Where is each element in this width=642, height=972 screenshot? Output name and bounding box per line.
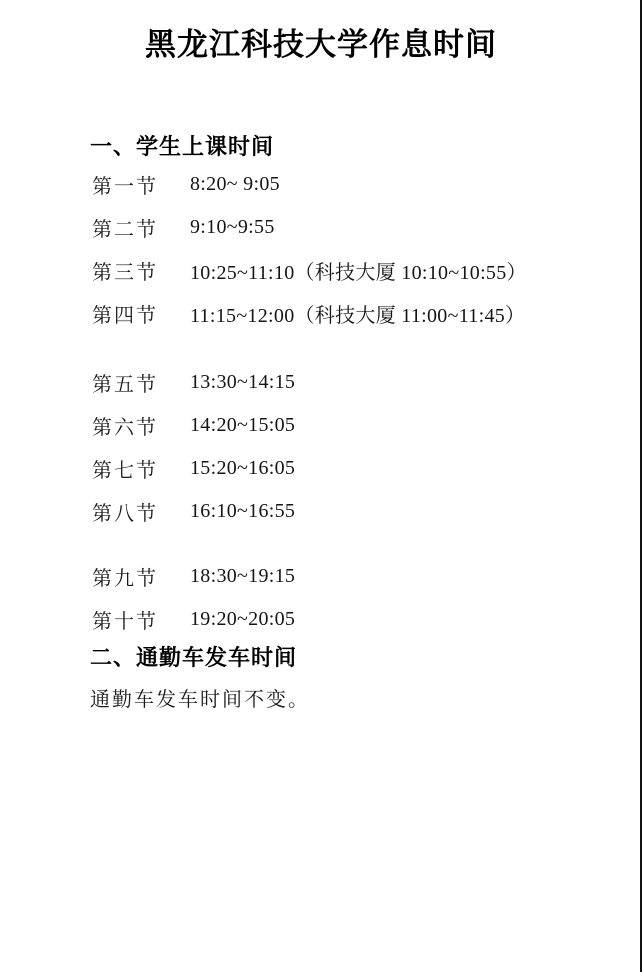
period-time: 9:10~9:55: [190, 216, 275, 239]
period-label: 第九节: [92, 562, 190, 591]
period-time: 14:20~15:05: [190, 414, 295, 437]
schedule-row-period-4: 第四节 11:15~12:00（科技大厦 11:00~11:45）: [92, 292, 602, 335]
section-heading-commuter-bus: 二、通勤车发车时间: [90, 644, 602, 672]
schedule-row-period-6: 第六节 14:20~15:05: [92, 404, 602, 447]
commuter-bus-note: 通勤车发车时间不变。: [90, 685, 602, 715]
period-label: 第六节: [92, 411, 190, 440]
period-time: 10:25~11:10（科技大厦 10:10~10:55）: [190, 256, 527, 285]
schedule-row-period-8: 第八节 16:10~16:55: [92, 490, 602, 533]
document-page: 黑龙江科技大学作息时间 一、学生上课时间 第一节 8:20~ 9:05 第二节 …: [0, 0, 642, 972]
period-time: 13:30~14:15: [190, 371, 295, 394]
page-title: 黑龙江科技大学作息时间: [0, 0, 642, 64]
period-label: 第一节: [92, 170, 190, 199]
schedule-row-period-9: 第九节 18:30~19:15: [92, 555, 602, 598]
period-time: 16:10~16:55: [190, 500, 295, 523]
document-content: 一、学生上课时间 第一节 8:20~ 9:05 第二节 9:10~9:55 第三…: [0, 133, 642, 715]
period-label: 第二节: [92, 213, 190, 242]
schedule-row-period-10: 第十节 19:20~20:05: [92, 598, 602, 641]
schedule-row-period-2: 第二节 9:10~9:55: [92, 206, 602, 249]
period-label: 第五节: [92, 368, 190, 397]
period-label: 第七节: [92, 454, 190, 483]
class-schedule-list: 第一节 8:20~ 9:05 第二节 9:10~9:55 第三节 10:25~1…: [90, 163, 602, 641]
period-time: 19:20~20:05: [190, 608, 295, 631]
period-time: 8:20~ 9:05: [190, 173, 280, 196]
schedule-row-period-5: 第五节 13:30~14:15: [92, 361, 602, 404]
period-time: 15:20~16:05: [190, 457, 295, 480]
schedule-row-period-1: 第一节 8:20~ 9:05: [92, 163, 602, 206]
period-label: 第四节: [92, 299, 190, 328]
period-label: 第八节: [92, 497, 190, 526]
period-label: 第三节: [92, 256, 190, 285]
section-heading-class-times: 一、学生上课时间: [90, 133, 602, 161]
schedule-row-period-3: 第三节 10:25~11:10（科技大厦 10:10~10:55）: [92, 249, 602, 292]
period-time: 18:30~19:15: [190, 565, 295, 588]
schedule-row-period-7: 第七节 15:20~16:05: [92, 447, 602, 490]
period-time: 11:15~12:00（科技大厦 11:00~11:45）: [190, 299, 525, 328]
period-label: 第十节: [92, 605, 190, 634]
